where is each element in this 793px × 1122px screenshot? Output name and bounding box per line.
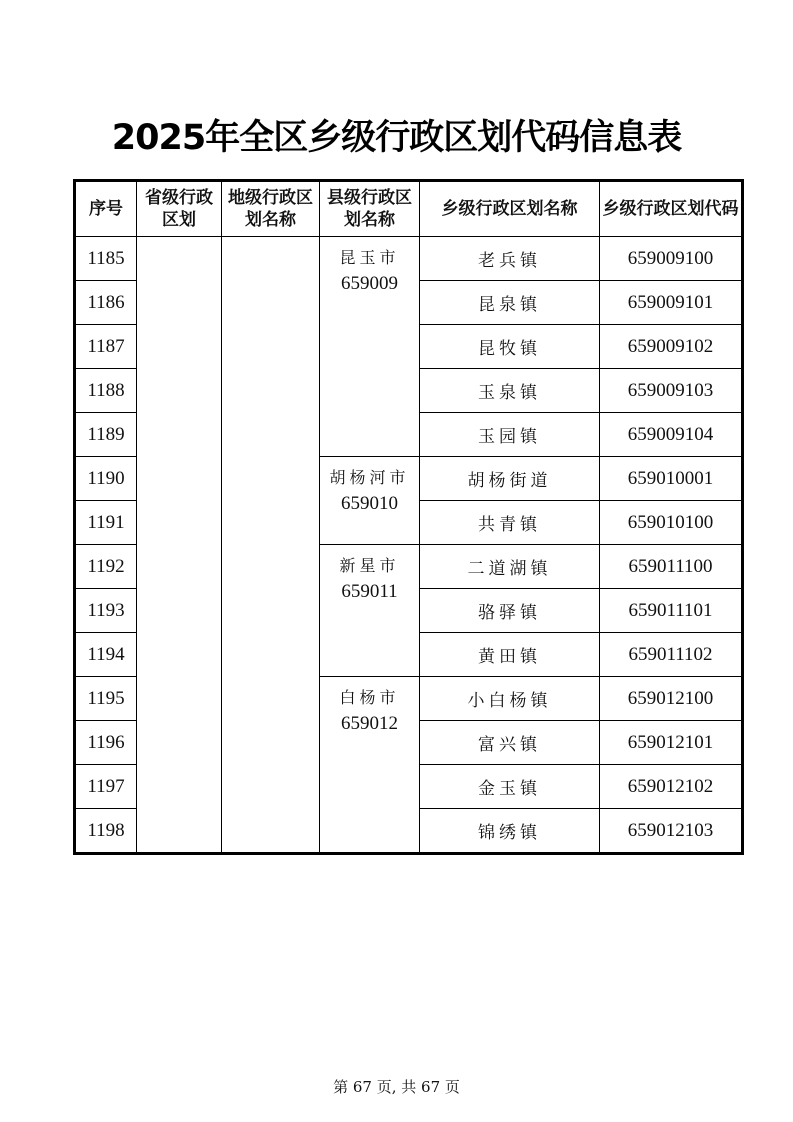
town-name-cell: 共青镇 [420, 501, 600, 545]
county-name: 胡杨河市 [320, 465, 419, 491]
seq-cell: 1188 [75, 369, 137, 413]
county-name: 白杨市 [320, 685, 419, 711]
town-name-cell: 富兴镇 [420, 721, 600, 765]
town-name-cell: 玉泉镇 [420, 369, 600, 413]
county-code: 659009 [320, 271, 419, 297]
header-seq: 序号 [75, 181, 137, 237]
town-name-cell: 锦绣镇 [420, 809, 600, 854]
seq-cell: 1190 [75, 457, 137, 501]
county-code: 659012 [320, 711, 419, 737]
header-prefecture: 地级行政区划名称 [222, 181, 320, 237]
county-code: 659010 [320, 491, 419, 517]
county-cell: 新星市 659011 [320, 545, 420, 677]
seq-cell: 1186 [75, 281, 137, 325]
header-province: 省级行政区划 [137, 181, 222, 237]
town-code-cell: 659010001 [600, 457, 743, 501]
town-name-cell: 玉园镇 [420, 413, 600, 457]
header-town-name: 乡级行政区划名称 [420, 181, 600, 237]
seq-cell: 1196 [75, 721, 137, 765]
seq-cell: 1197 [75, 765, 137, 809]
town-code-cell: 659011100 [600, 545, 743, 589]
seq-cell: 1187 [75, 325, 137, 369]
town-code-cell: 659012100 [600, 677, 743, 721]
seq-cell: 1193 [75, 589, 137, 633]
header-town-code: 乡级行政区划代码 [600, 181, 743, 237]
town-name-cell: 二道湖镇 [420, 545, 600, 589]
town-code-cell: 659009103 [600, 369, 743, 413]
county-cell: 昆玉市 659009 [320, 237, 420, 457]
town-name-cell: 昆泉镇 [420, 281, 600, 325]
town-code-cell: 659012103 [600, 809, 743, 854]
town-code-cell: 659009101 [600, 281, 743, 325]
seq-cell: 1191 [75, 501, 137, 545]
seq-cell: 1194 [75, 633, 137, 677]
town-name-cell: 老兵镇 [420, 237, 600, 281]
town-name-cell: 骆驿镇 [420, 589, 600, 633]
seq-cell: 1189 [75, 413, 137, 457]
prefecture-cell [222, 237, 320, 854]
town-name-cell: 小白杨镇 [420, 677, 600, 721]
table-header-row: 序号 省级行政区划 地级行政区划名称 县级行政区划名称 乡级行政区划名称 乡级行… [75, 181, 743, 237]
town-name-cell: 胡杨街道 [420, 457, 600, 501]
county-name: 新星市 [320, 553, 419, 579]
seq-cell: 1192 [75, 545, 137, 589]
page-footer: 第 67 页, 共 67 页 [0, 1076, 793, 1097]
county-code: 659011 [320, 579, 419, 605]
town-code-cell: 659011101 [600, 589, 743, 633]
town-code-cell: 659011102 [600, 633, 743, 677]
town-code-cell: 659012101 [600, 721, 743, 765]
seq-cell: 1198 [75, 809, 137, 854]
county-name: 昆玉市 [320, 245, 419, 271]
town-code-cell: 659009102 [600, 325, 743, 369]
town-code-cell: 659009104 [600, 413, 743, 457]
county-cell: 白杨市 659012 [320, 677, 420, 854]
town-name-cell: 黄田镇 [420, 633, 600, 677]
document-title: 2025年全区乡级行政区划代码信息表 [0, 110, 793, 160]
seq-cell: 1185 [75, 237, 137, 281]
town-code-cell: 659009100 [600, 237, 743, 281]
header-county: 县级行政区划名称 [320, 181, 420, 237]
county-cell: 胡杨河市 659010 [320, 457, 420, 545]
table-row: 1185 昆玉市 659009 老兵镇 659009100 [75, 237, 743, 281]
town-name-cell: 昆牧镇 [420, 325, 600, 369]
town-name-cell: 金玉镇 [420, 765, 600, 809]
town-code-cell: 659010100 [600, 501, 743, 545]
seq-cell: 1195 [75, 677, 137, 721]
province-cell [137, 237, 222, 854]
division-code-table: 序号 省级行政区划 地级行政区划名称 县级行政区划名称 乡级行政区划名称 乡级行… [73, 179, 744, 855]
town-code-cell: 659012102 [600, 765, 743, 809]
